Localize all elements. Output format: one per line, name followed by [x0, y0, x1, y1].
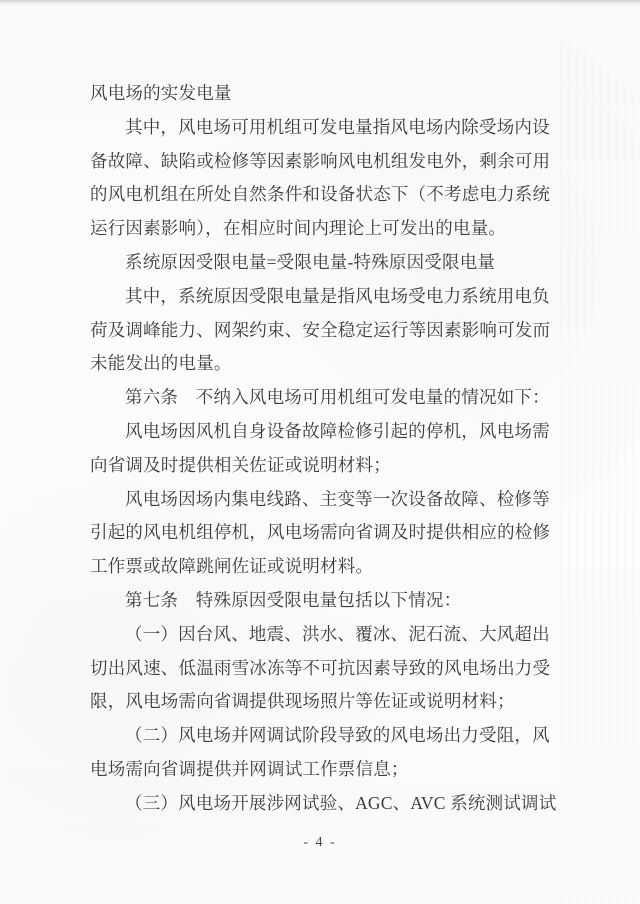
page-number: - 4 - [0, 835, 640, 851]
text-line-20: （二）风电场并网调试阶段导致的风电场出力受阻，风 [90, 719, 552, 753]
text-line-3: 备故障、缺陷或检修等因素影响风电机组发电外，剩余可用 [90, 145, 552, 179]
text-line-12: 向省调及时提供相关佐证或说明材料； [90, 449, 552, 483]
text-line-17: （一）因台风、地震、洪水、覆冰、泥石流、大风超出 [90, 618, 552, 652]
text-line-11: 风电场因风机自身设备故障检修引起的停机，风电场需 [90, 415, 552, 449]
text-line-18: 切出风速、低温雨雪冰冻等不可抗因素导致的风电场出力受 [90, 652, 552, 686]
text-line-16: 第七条 特殊原因受限电量包括以下情况： [90, 584, 552, 618]
text-line-21: 电场需向省调提供并网调试工作票信息； [90, 753, 552, 787]
text-line-9: 未能发出的电量。 [90, 347, 552, 381]
text-line-13: 风电场因场内集电线路、主变等一次设备故障、检修等 [90, 483, 552, 517]
text-line-7: 其中，系统原因受限电量是指风电场受电力系统用电负 [90, 280, 552, 314]
scan-top-edge-artifact [0, 0, 640, 6]
text-line-15: 工作票或故障跳闸佐证或说明材料。 [90, 550, 552, 584]
text-line-5: 运行因素影响），在相应时间内理论上可发出的电量。 [90, 212, 552, 246]
document-body: 风电场的实发电量其中，风电场可用机组可发电量指风电场内除受场内设备故障、缺陷或检… [90, 77, 552, 821]
text-line-8: 荷及调峰能力、网架约束、安全稳定运行等因素影响可发而 [90, 314, 552, 348]
text-line-22: （三）风电场开展涉网试验、AGC、AVC 系统测试调试 [90, 787, 552, 821]
scan-streak-artifact [560, 0, 640, 904]
text-line-6: 系统原因受限电量=受限电量-特殊原因受限电量 [90, 246, 552, 280]
text-line-19: 限，风电场需向省调提供现场照片等佐证或说明材料； [90, 685, 552, 719]
text-line-4: 的风电机组在所处自然条件和设备状态下（不考虑电力系统 [90, 178, 552, 212]
text-line-2: 其中，风电场可用机组可发电量指风电场内除受场内设 [90, 111, 552, 145]
text-line-10: 第六条 不纳入风电场可用机组可发电量的情况如下： [90, 381, 552, 415]
text-line-14: 引起的风电机组停机，风电场需向省调及时提供相应的检修 [90, 516, 552, 550]
text-line-1: 风电场的实发电量 [90, 77, 552, 111]
